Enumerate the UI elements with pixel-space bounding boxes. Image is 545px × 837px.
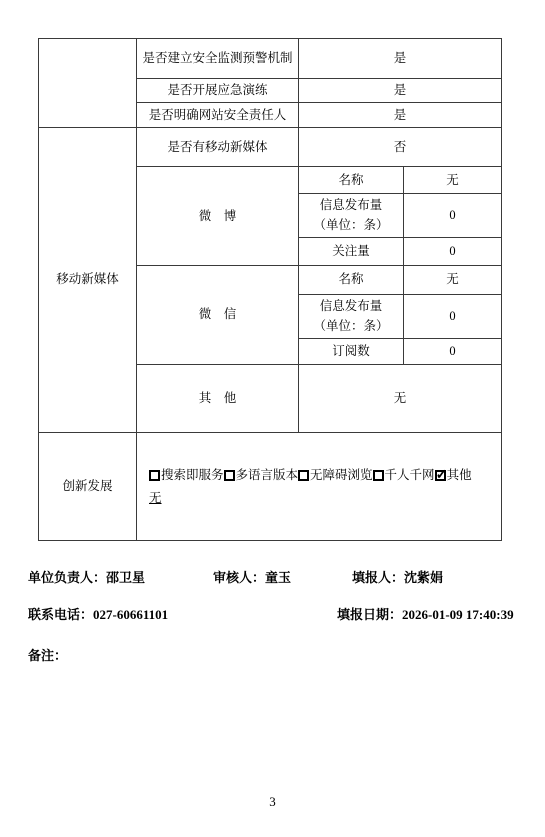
security-responsible-value: 是 (299, 103, 502, 128)
other-media-label: 其 他 (137, 364, 299, 432)
checkbox-search-as-service[interactable] (149, 470, 160, 481)
empty-section-cell (39, 39, 137, 128)
date-value: 2026-01-09 17:40:39 (402, 607, 514, 622)
reviewer-name: 童玉 (265, 570, 291, 585)
unit-head-name: 邵卫星 (106, 570, 145, 585)
page-number: 3 (0, 794, 545, 810)
weibo-label: 微 博 (137, 167, 299, 266)
security-monitor-label: 是否建立安全监测预警机制 (137, 39, 299, 79)
emergency-drill-value: 是 (299, 79, 502, 103)
checkbox-accessibility[interactable] (298, 470, 309, 481)
wechat-label: 微 信 (137, 266, 299, 365)
filler-name: 沈紫娟 (404, 570, 443, 585)
checkbox-label-multilingual: 多语言版本 (236, 468, 299, 482)
security-monitor-value: 是 (299, 39, 502, 79)
mobile-media-section-label: 移动新媒体 (39, 128, 137, 433)
wechat-name-value: 无 (404, 266, 502, 295)
contact-phone: 联系电话：027-60661101 (28, 605, 168, 625)
weibo-name-label: 名称 (299, 167, 404, 194)
phone-label: 联系电话： (28, 607, 93, 622)
filler-label: 填报人： (352, 570, 404, 585)
phone-number: 027-60661101 (93, 607, 168, 622)
report-date: 填报日期：2026-01-09 17:40:39 (337, 605, 514, 625)
table-row: 是否建立安全监测预警机制 是 (39, 39, 502, 79)
weibo-name-value: 无 (404, 167, 502, 194)
security-responsible-label: 是否明确网站安全责任人 (137, 103, 299, 128)
reviewer: 审核人：童玉 (213, 568, 291, 588)
checkbox-multilingual[interactable] (224, 470, 235, 481)
emergency-drill-label: 是否开展应急演练 (137, 79, 299, 103)
remarks-label: 备注： (28, 648, 67, 663)
innovation-other-detail: 无 (149, 488, 495, 508)
innovation-section-label: 创新发展 (39, 432, 137, 540)
checkbox-label-personalized: 千人千网 (385, 468, 435, 482)
checkbox-label-other: 其他 (447, 468, 472, 482)
reviewer-label: 审核人： (213, 570, 265, 585)
wechat-posts-label: 信息发布量 （单位：条） (299, 295, 404, 339)
unit-head-label: 单位负责人： (28, 570, 106, 585)
has-mobile-media-label: 是否有移动新媒体 (137, 128, 299, 167)
other-media-value: 无 (299, 364, 502, 432)
innovation-options: 搜索即服务多语言版本无障碍浏览千人千网其他 (149, 464, 495, 486)
report-table: 是否建立安全监测预警机制 是 是否开展应急演练 是 是否明确网站安全责任人 是 … (38, 38, 502, 541)
unit-head: 单位负责人：邵卫星 (28, 568, 145, 588)
table-row: 移动新媒体 是否有移动新媒体 否 (39, 128, 502, 167)
date-label: 填报日期： (337, 607, 402, 622)
report-page: 是否建立安全监测预警机制 是 是否开展应急演练 是 是否明确网站安全责任人 是 … (0, 0, 545, 837)
weibo-followers-value: 0 (404, 238, 502, 266)
weibo-posts-value: 0 (404, 194, 502, 238)
checkbox-label-accessibility: 无障碍浏览 (310, 468, 373, 482)
innovation-content-cell: 搜索即服务多语言版本无障碍浏览千人千网其他 无 (137, 432, 502, 540)
has-mobile-media-value: 否 (299, 128, 502, 167)
wechat-posts-value: 0 (404, 295, 502, 339)
filler: 填报人：沈紫娟 (352, 568, 443, 588)
weibo-posts-label: 信息发布量 （单位：条） (299, 194, 404, 238)
checkbox-label-search-as-service: 搜索即服务 (161, 468, 224, 482)
checkbox-other[interactable] (435, 470, 446, 481)
wechat-name-label: 名称 (299, 266, 404, 295)
weibo-followers-label: 关注量 (299, 238, 404, 266)
wechat-subscribers-label: 订阅数 (299, 338, 404, 364)
wechat-subscribers-value: 0 (404, 338, 502, 364)
checkbox-personalized[interactable] (373, 470, 384, 481)
remarks: 备注： (28, 646, 67, 666)
table-row: 创新发展 搜索即服务多语言版本无障碍浏览千人千网其他 无 (39, 432, 502, 540)
